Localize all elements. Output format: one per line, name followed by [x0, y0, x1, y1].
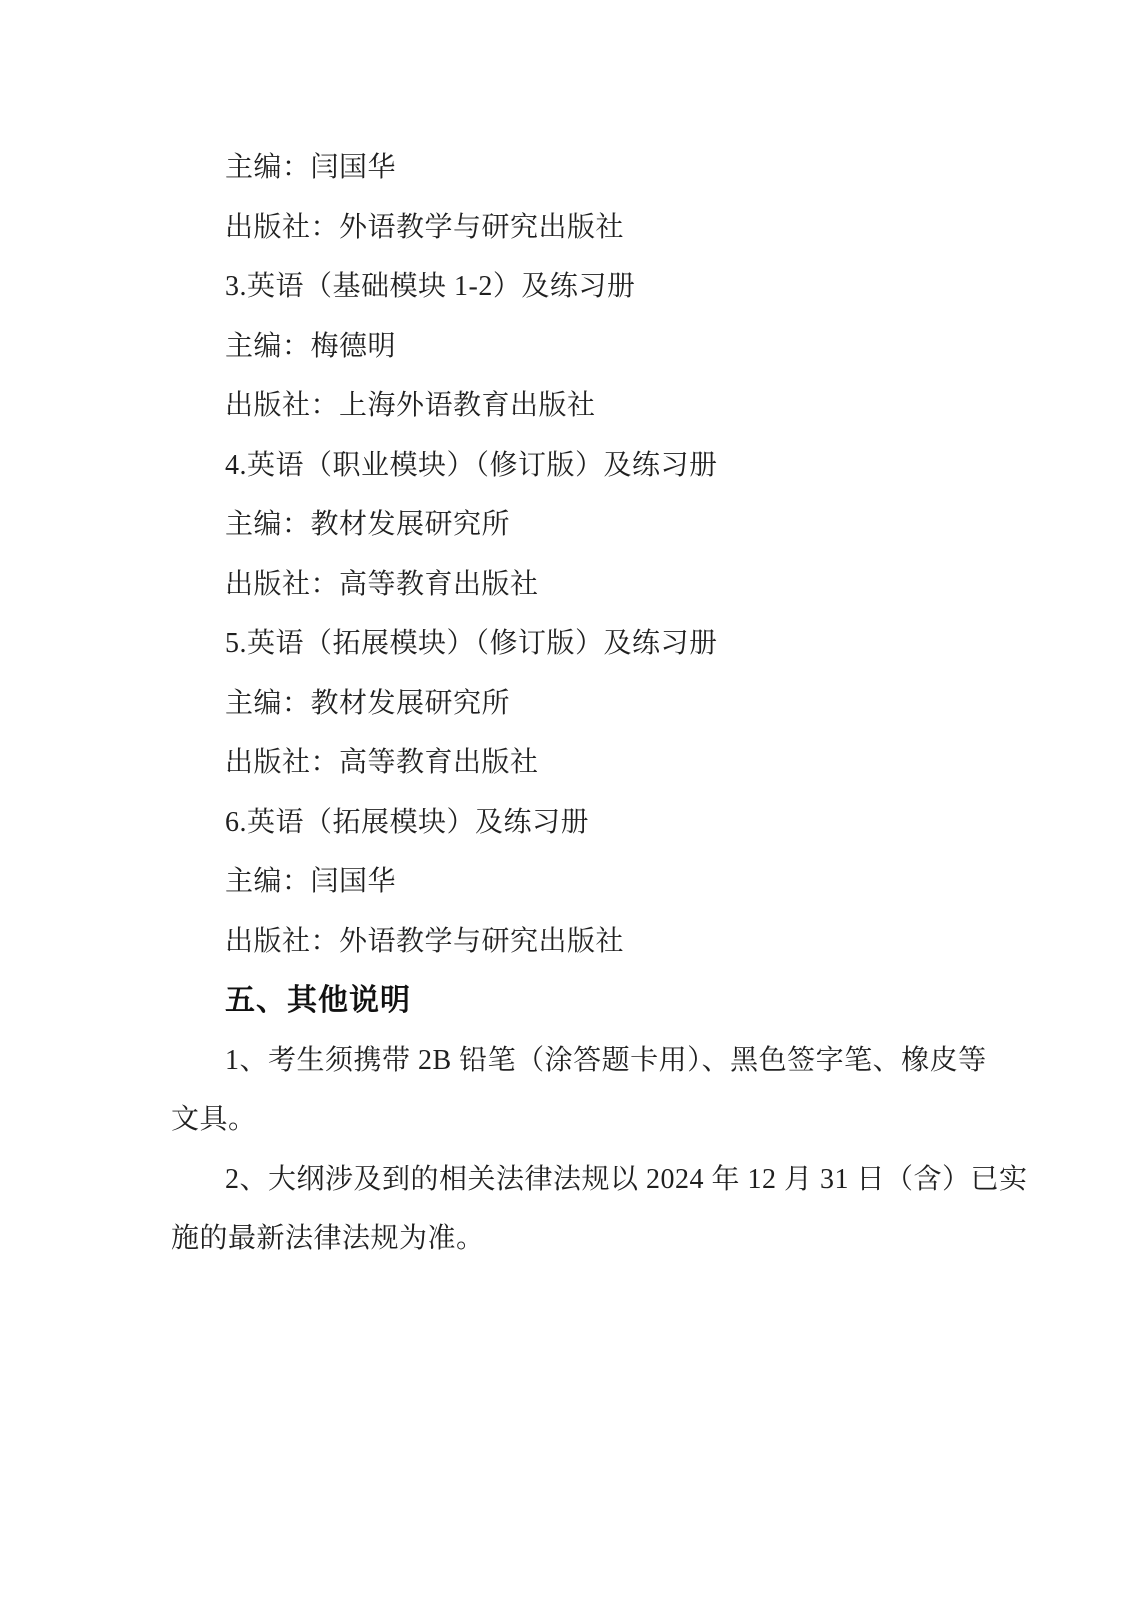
book-3-title-line: 3.英语（基础模块 1-2）及练习册 [171, 257, 971, 317]
book-6-editor-line: 主编：闫国华 [171, 852, 971, 912]
document-text-block: 主编：闫国华 出版社：外语教学与研究出版社 3.英语（基础模块 1-2）及练习册… [171, 138, 971, 1269]
book-4-editor-line: 主编：教材发展研究所 [171, 495, 971, 555]
book-4-title-line: 4.英语（职业模块）（修订版）及练习册 [171, 436, 971, 496]
book-6-title-line: 6.英语（拓展模块）及练习册 [171, 793, 971, 853]
book-5-editor-line: 主编：教材发展研究所 [171, 674, 971, 734]
note-1-line-2: 文具。 [171, 1090, 971, 1150]
book-3-publisher-line: 出版社：上海外语教育出版社 [171, 376, 971, 436]
book-5-publisher-line: 出版社：高等教育出版社 [171, 733, 971, 793]
book-5-title-line: 5.英语（拓展模块）（修订版）及练习册 [171, 614, 971, 674]
note-2-line-1: 2、大纲涉及到的相关法律法规以 2024 年 12 月 31 日（含）已实 [171, 1150, 971, 1210]
book-3-editor-line: 主编：梅德明 [171, 317, 971, 377]
book-2-editor-line: 主编：闫国华 [171, 138, 971, 198]
note-1-line-1: 1、考生须携带 2B 铅笔（涂答题卡用）、黑色签字笔、橡皮等 [171, 1031, 971, 1091]
book-2-publisher-line: 出版社：外语教学与研究出版社 [171, 198, 971, 258]
book-4-publisher-line: 出版社：高等教育出版社 [171, 555, 971, 615]
document-page: 主编：闫国华 出版社：外语教学与研究出版社 3.英语（基础模块 1-2）及练习册… [0, 0, 1131, 1600]
note-2-line-2: 施的最新法律法规为准。 [171, 1209, 971, 1269]
section-heading-other-notes: 五、其他说明 [171, 971, 971, 1031]
book-6-publisher-line: 出版社：外语教学与研究出版社 [171, 912, 971, 972]
